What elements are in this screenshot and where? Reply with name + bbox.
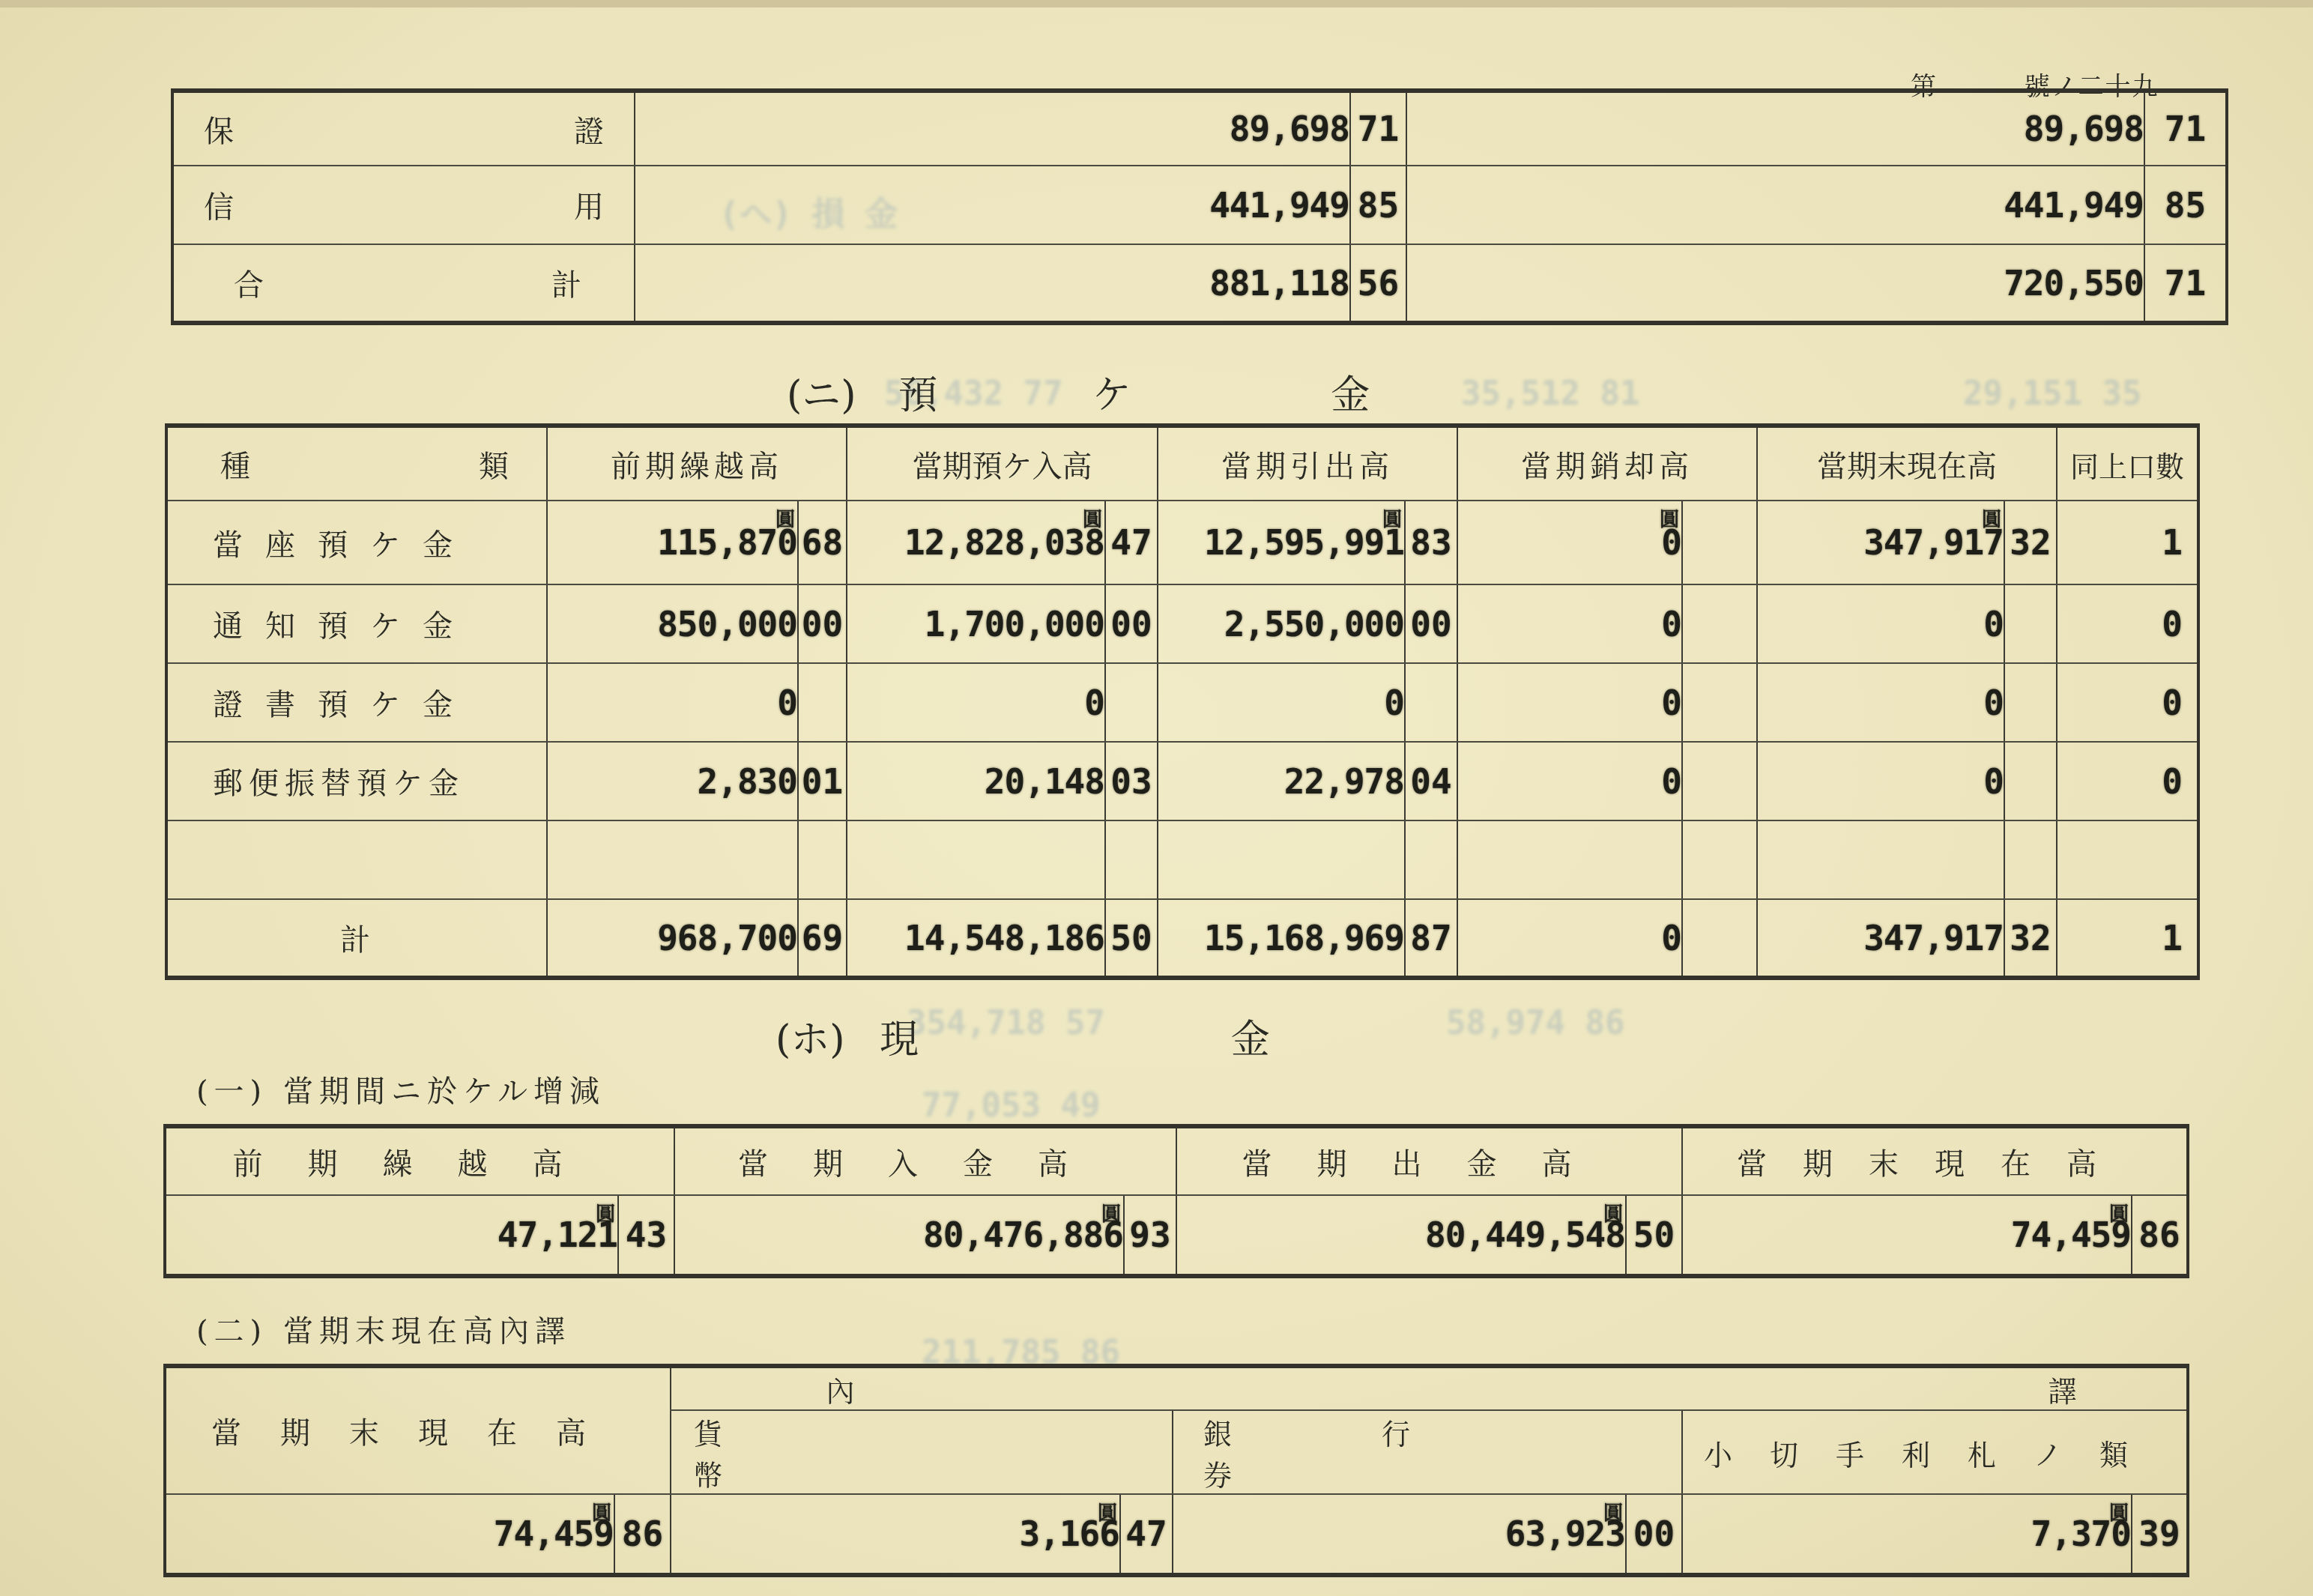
header-cash-out: 當期出金高 xyxy=(1176,1126,1682,1195)
out-yen: 圓80,449,548 xyxy=(1176,1195,1626,1276)
banknotes-sen: 00 xyxy=(1626,1494,1682,1575)
in-sen: 47 xyxy=(1105,501,1158,584)
amount-yen: 720,550 xyxy=(1406,244,2144,323)
prev-sen xyxy=(798,820,847,899)
header-row: 當期末現在高 內 譯 xyxy=(165,1366,2188,1410)
total-end-sen: 32 xyxy=(2004,899,2057,978)
deposit-kind: 當座預ケ金 xyxy=(166,501,547,584)
table-row: 通知預ケ金 850,000 00 1,700,000 00 2,550,000 … xyxy=(166,584,2198,663)
table-row: 郵便振替預ケ金 2,830 01 20,148 03 22,978 04 0 0… xyxy=(166,742,2198,820)
amount-yen: 441,949 xyxy=(635,166,1350,244)
coins-yen: 圓3,166 xyxy=(671,1494,1120,1575)
amount-sen: 85 xyxy=(2144,166,2227,244)
wo-yen: 0 xyxy=(1457,584,1682,663)
table-row: 保證 89,698 71 89,698 71 xyxy=(172,91,2227,166)
prev-yen: 2,830 xyxy=(547,742,798,820)
header-end-balance: 當期末現在高 xyxy=(165,1366,671,1494)
deposit-kind: 郵便振替預ケ金 xyxy=(166,742,547,820)
total-label: 計 xyxy=(166,899,547,978)
prev-sen: 43 xyxy=(618,1195,674,1276)
header-checks-coupons: 小切手利札ノ類 xyxy=(1682,1410,2188,1494)
row-label: 保證 xyxy=(172,91,635,166)
out-yen: 2,550,000 xyxy=(1158,584,1405,663)
wo-sen xyxy=(1682,820,1757,899)
out-yen: 圓12,595,991 xyxy=(1158,501,1405,584)
subsection-title-changes: (一) 當期間ニ於ケル增減 xyxy=(196,1068,605,1110)
coins-sen: 47 xyxy=(1120,1494,1173,1575)
header-banknotes: 銀行券 xyxy=(1173,1410,1682,1494)
out-sen: 83 xyxy=(1405,501,1457,584)
end-sen xyxy=(2004,584,2057,663)
header-withdrawn: 當期引出高 xyxy=(1158,426,1457,501)
header-group-right: 譯 xyxy=(2049,1368,2077,1409)
out-yen: 22,978 xyxy=(1158,742,1405,820)
total-account-count: 1 xyxy=(2057,899,2198,978)
wo-sen xyxy=(1682,742,1757,820)
scanned-ledger-page: (ヘ) 損 金 56,432 77 35,512 81 29,151 35 35… xyxy=(0,0,2313,1596)
out-sen: 04 xyxy=(1405,742,1457,820)
in-yen: 圓80,476,886 xyxy=(674,1195,1124,1276)
account-count: 0 xyxy=(2057,663,2198,742)
end-sen xyxy=(2004,663,2057,742)
total-end-yen: 347,917 xyxy=(1757,899,2004,978)
header-row: 前期繰越高 當期入金高 當期出金高 當期末現在高 xyxy=(165,1126,2188,1195)
cash-changes-table: 前期繰越高 當期入金高 當期出金高 當期末現在高 圓47,121 43 圓80,… xyxy=(163,1124,2189,1278)
end-yen: 圓74,459 xyxy=(1682,1195,2132,1276)
end-sen xyxy=(2004,742,2057,820)
show-through-text: 29,151 35 xyxy=(1963,375,2141,413)
in-sen xyxy=(1105,820,1158,899)
header-end-balance: 當期末現在高 xyxy=(1682,1126,2188,1195)
wo-sen xyxy=(1682,663,1757,742)
account-count: 1 xyxy=(2057,501,2198,584)
table-row: 圓47,121 43 圓80,476,886 93 圓80,449,548 50… xyxy=(165,1195,2188,1276)
row-label: 信用 xyxy=(172,166,635,244)
out-yen xyxy=(1158,820,1405,899)
table-row: 證書預ケ金 0 0 0 0 0 0 xyxy=(166,663,2198,742)
table-row-blank xyxy=(166,820,2198,899)
out-sen xyxy=(1405,663,1457,742)
total-out-sen: 87 xyxy=(1405,899,1457,978)
table-row: 信用 441,949 85 441,949 85 xyxy=(172,166,2227,244)
header-coins: 貨幣 xyxy=(671,1410,1173,1494)
wo-sen xyxy=(1682,584,1757,663)
deposit-kind xyxy=(166,820,547,899)
account-count: 0 xyxy=(2057,584,2198,663)
account-count xyxy=(2057,820,2198,899)
in-sen: 00 xyxy=(1105,584,1158,663)
end-sen: 32 xyxy=(2004,501,2057,584)
amount-sen: 71 xyxy=(1350,91,1406,166)
total-yen: 圓74,459 xyxy=(165,1494,614,1575)
header-kind: 種類 xyxy=(166,426,547,501)
end-yen: 0 xyxy=(1757,742,2004,820)
banknotes-yen: 圓63,923 xyxy=(1173,1494,1626,1575)
header-deposited: 當期預ケ入高 xyxy=(847,426,1158,501)
end-sen xyxy=(2004,820,2057,899)
total-out-yen: 15,168,969 xyxy=(1158,899,1405,978)
end-yen: 0 xyxy=(1757,584,2004,663)
amount-sen: 71 xyxy=(2144,244,2227,323)
header-group-left: 內 xyxy=(826,1368,855,1409)
out-sen xyxy=(1405,820,1457,899)
section-title-cash: (ホ) 現 金 xyxy=(775,1008,1270,1064)
wo-yen: 圓0 xyxy=(1457,501,1682,584)
subsection-title-breakdown: (二) 當期末現在高內譯 xyxy=(196,1308,571,1350)
prev-sen: 68 xyxy=(798,501,847,584)
header-cash-in: 當期入金高 xyxy=(674,1126,1176,1195)
section-title-deposits: (ニ) 預 ケ 金 xyxy=(787,363,1370,420)
table-row-total: 計 968,700 69 14,548,186 50 15,168,969 87… xyxy=(166,899,2198,978)
end-sen: 86 xyxy=(2132,1195,2188,1276)
deposit-kind: 證書預ケ金 xyxy=(166,663,547,742)
prev-yen: 850,000 xyxy=(547,584,798,663)
end-yen: 圓347,917 xyxy=(1757,501,2004,584)
amount-yen: 89,698 xyxy=(1406,91,2144,166)
header-breakdown-group: 內 譯 xyxy=(671,1366,2188,1410)
amount-sen: 56 xyxy=(1350,244,1406,323)
account-count: 0 xyxy=(2057,742,2198,820)
wo-yen: 0 xyxy=(1457,742,1682,820)
header-row: 種類 前期繰越高 當期預ケ入高 當期引出高 當期銷却高 當期末現在高 同上口數 xyxy=(166,426,2198,501)
table-row: 當座預ケ金 圓115,870 68 圓12,828,038 47 圓12,595… xyxy=(166,501,2198,584)
header-end-balance: 當期末現在高 xyxy=(1757,426,2057,501)
in-yen: 20,148 xyxy=(847,742,1105,820)
amount-yen: 881,118 xyxy=(635,244,1350,323)
deposit-kind: 通知預ケ金 xyxy=(166,584,547,663)
total-sen: 86 xyxy=(614,1494,671,1575)
in-yen: 圓12,828,038 xyxy=(847,501,1105,584)
wo-yen: 0 xyxy=(1457,663,1682,742)
prev-sen xyxy=(798,663,847,742)
total-in-sen: 50 xyxy=(1105,899,1158,978)
row-label: 合計 xyxy=(172,244,635,323)
show-through-text: 77,053 49 xyxy=(922,1086,1100,1125)
table-row-total: 合計 881,118 56 720,550 71 xyxy=(172,244,2227,323)
total-prev-yen: 968,700 xyxy=(547,899,798,978)
header-prev-balance: 前期繰越高 xyxy=(165,1126,674,1195)
deposits-table: 種類 前期繰越高 當期預ケ入高 當期引出高 當期銷却高 當期末現在高 同上口數 … xyxy=(165,423,2200,980)
total-in-yen: 14,548,186 xyxy=(847,899,1105,978)
prev-sen: 00 xyxy=(798,584,847,663)
header-prev-balance: 前期繰越高 xyxy=(547,426,847,501)
header-written-off: 當期銷却高 xyxy=(1457,426,1757,501)
prev-yen: 圓47,121 xyxy=(165,1195,618,1276)
in-sen: 03 xyxy=(1105,742,1158,820)
total-prev-sen: 69 xyxy=(798,899,847,978)
amount-sen: 71 xyxy=(2144,91,2227,166)
wo-sen xyxy=(1682,501,1757,584)
table-row: 圓74,459 86 圓3,166 47 圓63,923 00 圓7,370 3… xyxy=(165,1494,2188,1575)
in-yen xyxy=(847,820,1105,899)
checks-sen: 39 xyxy=(2132,1494,2188,1575)
page-top-edge xyxy=(0,0,2313,7)
end-yen: 0 xyxy=(1757,663,2004,742)
prev-yen: 圓115,870 xyxy=(547,501,798,584)
cash-breakdown-table: 當期末現在高 內 譯 貨幣 銀行券 小切手利札ノ類 圓74,459 86 圓3,… xyxy=(163,1364,2189,1577)
show-through-text: 35,512 81 xyxy=(1461,375,1639,413)
show-through-text: 58,974 86 xyxy=(1446,1004,1624,1042)
guarantee-credit-table: 保證 89,698 71 89,698 71 信用 441,949 85 441… xyxy=(171,88,2228,325)
in-yen: 1,700,000 xyxy=(847,584,1105,663)
in-sen: 93 xyxy=(1124,1195,1176,1276)
amount-yen: 89,698 xyxy=(635,91,1350,166)
in-sen xyxy=(1105,663,1158,742)
out-yen: 0 xyxy=(1158,663,1405,742)
end-yen xyxy=(1757,820,2004,899)
prev-yen xyxy=(547,820,798,899)
amount-sen: 85 xyxy=(1350,166,1406,244)
checks-yen: 圓7,370 xyxy=(1682,1494,2132,1575)
prev-yen: 0 xyxy=(547,663,798,742)
wo-yen xyxy=(1457,820,1682,899)
total-wo-sen xyxy=(1682,899,1757,978)
in-yen: 0 xyxy=(847,663,1105,742)
total-wo-yen: 0 xyxy=(1457,899,1682,978)
amount-yen: 441,949 xyxy=(1406,166,2144,244)
out-sen: 50 xyxy=(1626,1195,1682,1276)
prev-sen: 01 xyxy=(798,742,847,820)
out-sen: 00 xyxy=(1405,584,1457,663)
header-account-count: 同上口數 xyxy=(2057,426,2198,501)
